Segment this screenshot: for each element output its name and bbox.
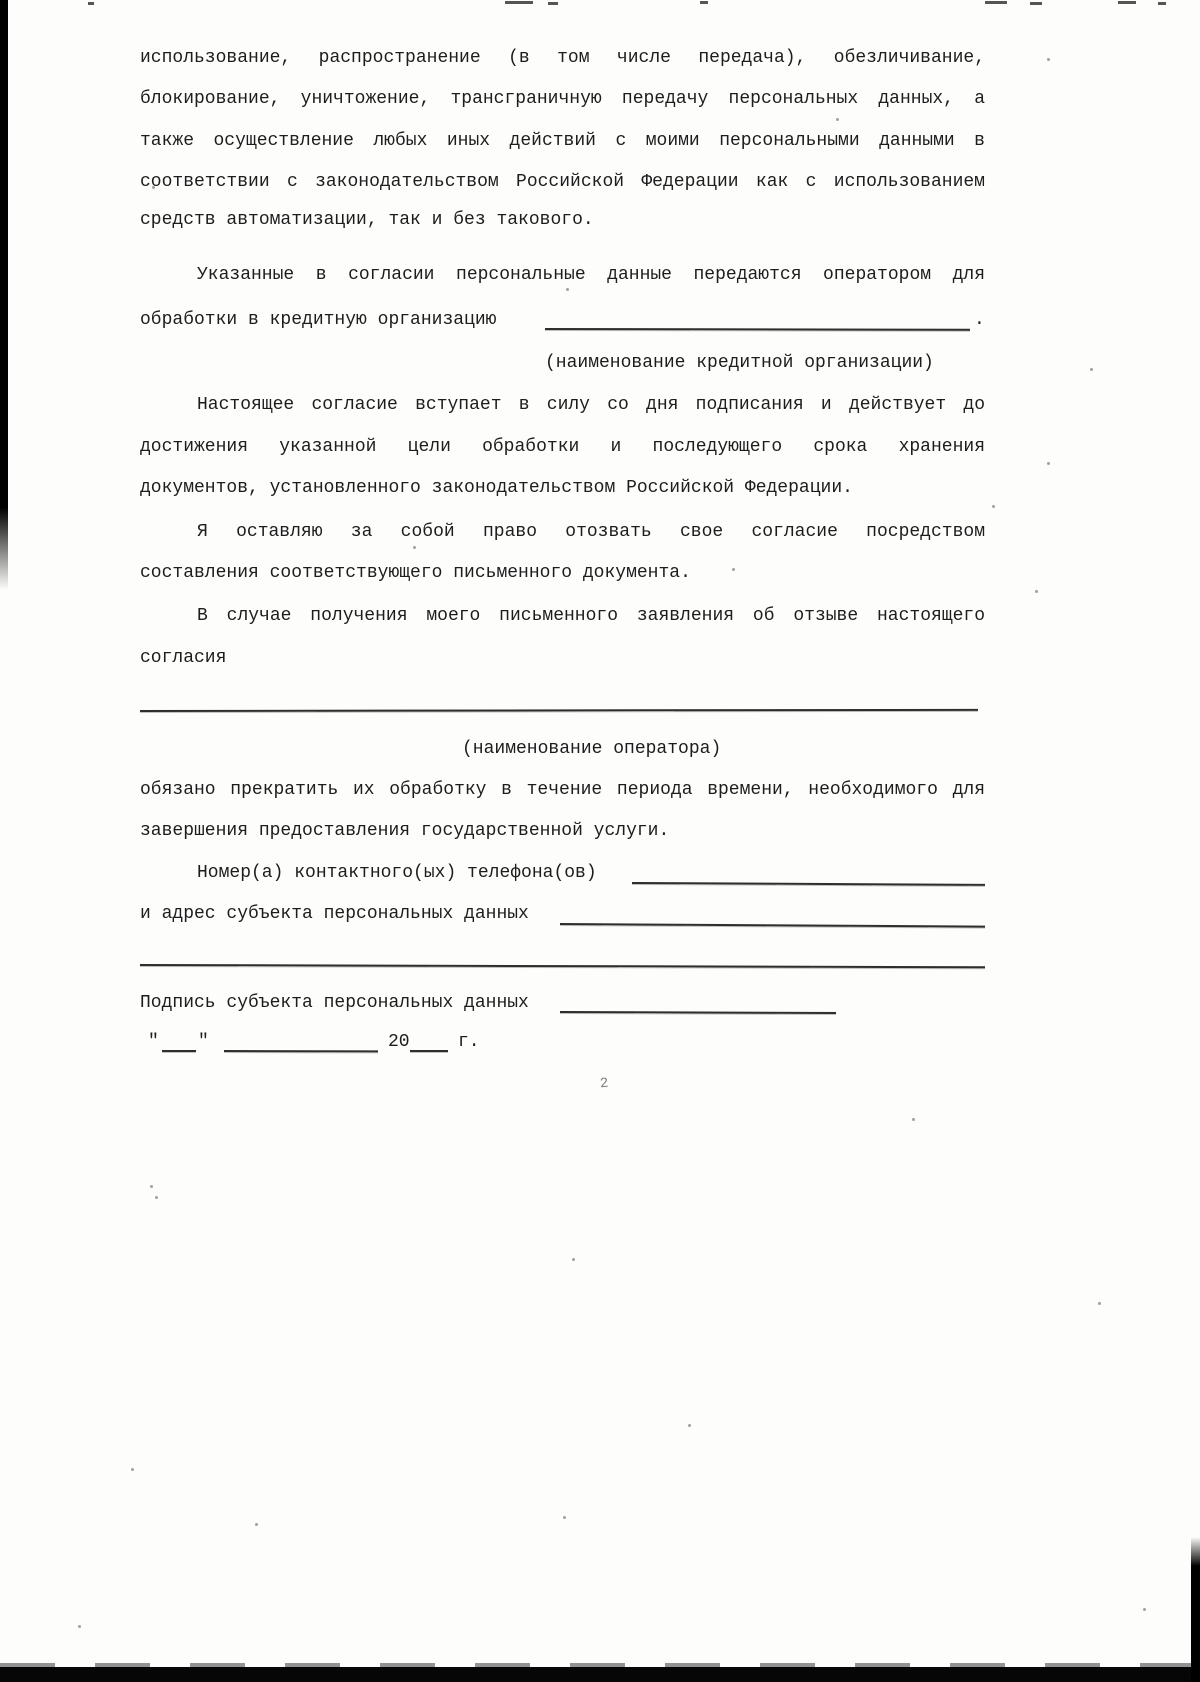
scan-speckle — [985, 1, 1007, 4]
date-year-suffix: г. — [458, 1027, 480, 1057]
date-close-quote: " — [198, 1027, 209, 1057]
scanned-consent-page: использование, распространение (в том чи… — [0, 0, 1200, 1682]
actions-paragraph-line-2: блокирование, уничтожение, трансграничну… — [140, 84, 985, 114]
scan-speckle — [1047, 58, 1050, 61]
operator-blank-line — [140, 709, 978, 712]
scan-speckle — [992, 505, 995, 508]
transfer-paragraph-line-1: Указанные в согласии персональные данные… — [140, 260, 985, 290]
scan-speckle — [150, 1185, 153, 1188]
scan-speckle — [688, 1424, 691, 1427]
scan-speckle — [1030, 2, 1042, 5]
signature-label: Подпись субъекта персональных данных — [140, 988, 985, 1018]
scan-speckle — [78, 1625, 81, 1628]
scan-speckle — [563, 1516, 566, 1519]
scan-speckle — [1118, 1, 1136, 4]
scan-speckle — [1035, 590, 1038, 593]
scan-speckle — [255, 1523, 258, 1526]
scan-edge-bottom — [0, 1667, 1200, 1682]
obligation-paragraph-line-1: обязано прекратить их обработку в течени… — [140, 775, 985, 805]
scan-speckle — [1090, 368, 1093, 371]
scan-speckle — [836, 118, 839, 121]
withdrawal-paragraph-line-1: В случае получения моего письменного зая… — [140, 601, 985, 631]
actions-paragraph-line-1: использование, распространение (в том чи… — [140, 43, 985, 73]
transfer-period: . — [974, 305, 985, 335]
scan-speckle — [912, 1118, 915, 1121]
scan-speckle — [1158, 2, 1166, 5]
validity-paragraph-line-3: документов, установленного законодательс… — [140, 473, 985, 503]
scan-edge-right — [1191, 1537, 1200, 1682]
withdrawal-paragraph-line-2: согласия — [140, 643, 985, 673]
date-year-prefix: 20 — [388, 1027, 410, 1057]
validity-paragraph-line-1: Настоящее согласие вступает в силу со дн… — [140, 390, 985, 420]
actions-paragraph-line-4: соответствии с законодательством Российс… — [140, 167, 985, 197]
date-month-blank — [224, 1050, 378, 1052]
actions-paragraph-line-5: средств автоматизации, так и без таковог… — [140, 205, 985, 235]
validity-paragraph-line-2: достижения указанной цели обработки и по… — [140, 432, 985, 462]
scan-speckle — [1047, 462, 1050, 465]
obligation-paragraph-line-2: завершения предоставления государственно… — [140, 816, 985, 846]
scan-speckle — [131, 1468, 134, 1471]
scan-speckle — [152, 186, 155, 189]
scan-speckle — [155, 1196, 158, 1199]
scan-speckle — [548, 2, 558, 5]
scan-speckle — [1143, 1608, 1146, 1611]
revoke-paragraph-line-1: Я оставляю за собой право отозвать свое … — [140, 517, 985, 547]
scan-speckle — [413, 546, 416, 549]
scan-speckle — [505, 1, 533, 4]
scan-speckle — [1098, 1302, 1101, 1305]
revoke-paragraph-line-2: составления соответствующего письменного… — [140, 558, 985, 588]
address-blank-line-2 — [140, 964, 985, 968]
scan-edge-left — [0, 0, 8, 590]
operator-caption: (наименование оператора) — [462, 734, 721, 764]
scan-speckle — [700, 1, 708, 4]
page-number-artifact: 2 — [599, 1076, 609, 1093]
scan-speckle — [566, 288, 569, 291]
scan-speckle — [88, 2, 94, 5]
date-year-blank — [410, 1050, 448, 1052]
scan-speckle — [572, 1258, 575, 1261]
date-open-quote: " — [148, 1027, 159, 1057]
date-day-blank — [162, 1050, 196, 1052]
scan-speckle — [732, 568, 735, 571]
actions-paragraph-line-3: также осуществление любых иных действий … — [140, 126, 985, 156]
credit-org-caption: (наименование кредитной организации) — [545, 348, 934, 378]
